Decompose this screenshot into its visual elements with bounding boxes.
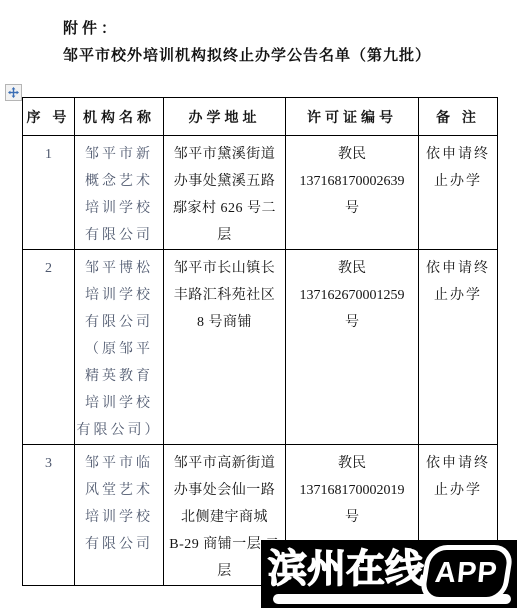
cell-index: 3 (23, 445, 75, 586)
table-move-handle[interactable] (5, 84, 22, 101)
page-title: 邹平市校外培训机构拟终止办学公告名单（第九批） (63, 44, 431, 65)
cell-address: 邹平市黛溪街道 办事处黛溪五路 鄢家村 626 号二 层 (164, 136, 286, 250)
col-header-org-name: 机构名称 (75, 98, 164, 136)
watermark-app-badge: APP (418, 545, 514, 602)
move-cross-icon (8, 87, 19, 98)
cell-org-name: 邹平市临 风堂艺术 培训学校 有限公司 (75, 445, 164, 586)
cell-org-name: 邹平博松 培训学校 有限公司 （原邹平 精英教育 培训学校 有限公司） (75, 250, 164, 445)
document-page: 附件： 邹平市校外培训机构拟终止办学公告名单（第九批） 序 号 机构名称 (0, 0, 517, 608)
announcement-table: 序 号 机构名称 办学地址 许可证编号 备 注 1 邹平市新 概念艺术 培训学校… (22, 97, 498, 586)
cell-index: 1 (23, 136, 75, 250)
cell-org-name: 邹平市新 概念艺术 培训学校 有限公司 (75, 136, 164, 250)
table-row: 2 邹平博松 培训学校 有限公司 （原邹平 精英教育 培训学校 有限公司） 邹平… (23, 250, 498, 445)
col-header-index: 序 号 (23, 98, 75, 136)
cell-note: 依申请终 止办学 (419, 136, 498, 250)
cell-license: 教民 137168170002639 号 (286, 136, 419, 250)
cell-license: 教民 137162670001259 号 (286, 250, 419, 445)
watermark-brand-text: 滨州在线 (268, 548, 424, 592)
col-header-license: 许可证编号 (286, 98, 419, 136)
cell-address: 邹平市长山镇长 丰路汇科苑社区 8 号商铺 (164, 250, 286, 445)
bracket-mark (361, 550, 364, 563)
watermark-badge-text: APP (434, 557, 500, 590)
header-row: 序 号 机构名称 办学地址 许可证编号 备 注 (23, 98, 498, 136)
cell-note: 依申请终 止办学 (419, 250, 498, 445)
table-row: 1 邹平市新 概念艺术 培训学校 有限公司 邹平市黛溪街道 办事处黛溪五路 鄢家… (23, 136, 498, 250)
col-header-address: 办学地址 (164, 98, 286, 136)
attachment-label: 附件： (63, 17, 120, 38)
cell-index: 2 (23, 250, 75, 445)
col-header-note: 备 注 (419, 98, 498, 136)
binzhou-online-watermark: 滨州在线 APP (261, 540, 517, 608)
